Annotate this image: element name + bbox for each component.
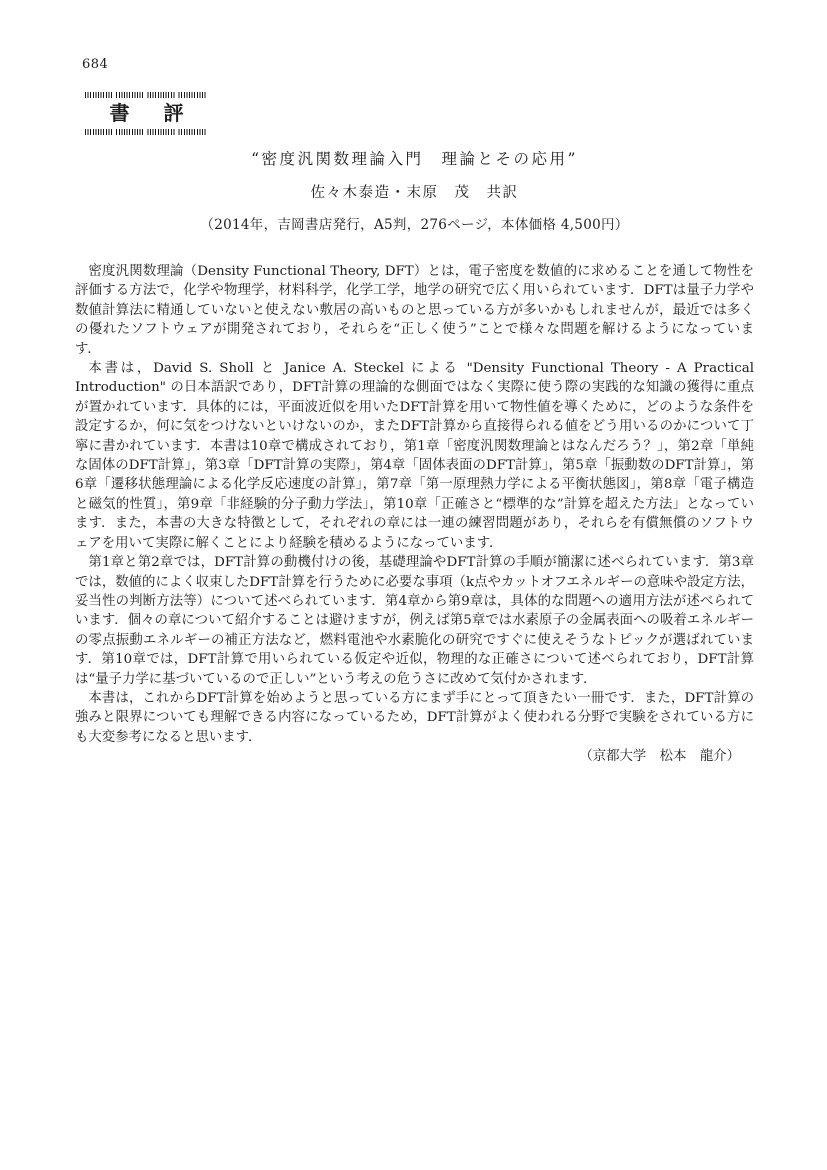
book-title: “密度汎関数理論入門 理論とその応用”	[75, 147, 754, 169]
review-paragraph-4: 本書は，これからDFT計算を始めようと思っている方にまず手にとって頂きたい一冊で…	[75, 689, 754, 747]
review-body: 密度汎関数理論（Density Functional Theory, DFT）と…	[75, 262, 754, 767]
review-paragraph-1: 密度汎関数理論（Density Functional Theory, DFT）と…	[75, 262, 754, 359]
review-paragraph-3: 第1章と第2章では，DFT計算の動機付けの後，基礎理論やDFT計算の手順が簡潔に…	[75, 553, 754, 689]
book-review-heading: 書 評	[85, 92, 208, 135]
book-translators: 佐々木泰造・末原 茂 共訳	[75, 181, 754, 202]
page-number: 684	[82, 57, 108, 72]
hatch-rule-bottom	[85, 129, 208, 135]
heading-label: 書 評	[85, 98, 208, 129]
heading-char-hyo: 評	[164, 103, 184, 123]
review-paragraph-2: 本書は，David S. Sholl と Janice A. Steckel に…	[75, 359, 754, 553]
reviewer-signature: （京都大学 松本 龍介）	[75, 747, 754, 766]
title-block: “密度汎関数理論入門 理論とその応用” 佐々木泰造・末原 茂 共訳 （2014年…	[75, 147, 754, 233]
heading-char-sho: 書	[110, 103, 130, 123]
journal-page: 684 書 評 “密度汎関数理論入門 理論とその応用” 佐々木泰造・末原 茂 共…	[0, 0, 827, 1170]
book-publication-info: （2014年，吉岡書店発行，A5判，276ページ，本体価格 4,500円）	[75, 213, 754, 233]
